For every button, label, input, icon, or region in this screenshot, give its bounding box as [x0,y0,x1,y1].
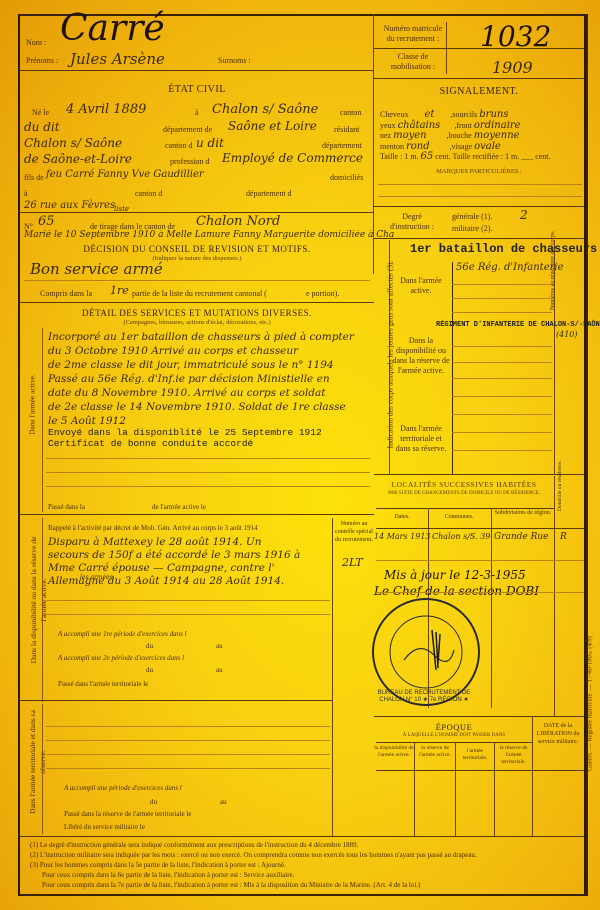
signalement-title: SIGNALEMENT. [374,86,584,97]
footnote-3: (3) Pour les hommes compris dans la 5e p… [30,860,580,870]
instruction-generale-value: 2 [520,208,528,222]
canton-d2-label: canton d [135,189,162,198]
localites-title: LOCALITÉS SUCCESSIVES HABITÉES [374,480,554,489]
footnote-1: (1) Le degré d'instruction générale sera… [30,840,580,850]
territoriale-label: Dans l'armée territoriale et dans sa rés… [392,424,450,454]
residence-value: Chalon s/ Saône [24,136,122,150]
epoque-col-reserve-active: la réserve de l'armée active. [415,745,455,759]
passe-territoriale-label: Passé dans l'armée territoriale le [58,680,148,688]
canton-label: canton [340,108,361,117]
partie-value: 1re [110,284,129,297]
active-value: 56e Rég. d'Infanterie [456,262,564,273]
date-liberation-label: DATE de la LIBÉRATION du service militai… [534,722,582,746]
prenoms-label: Prénoms : [26,56,58,65]
passe-label: Passé dans la [48,503,85,511]
a2-label: à [24,189,28,198]
marques-label: MARQUES PARTICULIÈRES : [374,168,584,175]
periode1-du: du [146,642,153,650]
services-side-label: Dans l'armée active. [28,345,37,465]
localites-col-communes: Communes. [430,514,488,520]
epoque-subtitle: À LAQUELLE L'HOMME DOIT PASSER DANS [374,733,534,738]
matricule-label: Numéro matricule du recrutement : [382,24,444,44]
periode2-du: du [146,666,153,674]
insertion-note: les armées [80,574,113,581]
birth-place: Chalon s/ Saône [212,102,318,117]
localite-subdivision: Grande Rue [494,532,549,542]
a-label: à [195,108,199,117]
classe-label: Classe de mobilisation : [382,52,444,72]
classe-value: 1909 [492,58,533,77]
domicile-residence-label: Domicile ou résidence. [557,471,563,511]
footnotes: (1) Le degré d'instruction générale sera… [30,840,580,890]
passe-suffix: de l'armée active le [152,503,206,511]
instruction-label: Degré d'instruction : [382,212,442,232]
chef-section-note: Le Chef de la section DOBI [374,584,539,598]
surname-value: Carré [60,8,165,49]
certificat-bonne-conduite: Certificat de bonne conduite accordé [48,438,253,449]
territoriale-periode: A accompli une période d'exercices dans … [64,784,182,792]
envoye-disponibilite: Envoyé dans la disponiblité le 25 Septem… [48,427,322,438]
du-dit-value: du dit [24,120,60,134]
surnoms-label: Surnoms : [218,56,251,65]
canton-d-value: u dit [196,136,224,150]
birth-date: 4 Avril 1889 [66,102,146,117]
domicilies-label: domiciliés [330,173,363,182]
dispo-stamp: RÉGIMENT D'INFANTERIE DE CHALON-S/-SAÔNE [436,321,600,329]
dispo-label: Dans la disponibilité ou dans la réserve… [392,336,450,376]
localite-type: R [560,532,567,542]
mariage-value: Marié le 10 Septembre 1910 à Melle Lamur… [24,230,394,240]
tirage-correction: liste [114,205,129,213]
document-page: Nom : Carré Prénoms : Jules Arsène Surno… [0,0,600,910]
footnote-2: (2) L'instruction militaire sera indiqué… [30,850,580,860]
territoriale-au: au [220,798,227,806]
prenoms-value: Jules Arsène [70,50,165,68]
canton-d-label: canton d [165,141,192,150]
adresse-value: 26 rue aux Fèvres [24,200,115,211]
departement-value: Saône et Loire [228,119,317,133]
footnote-4: Pour ceux compris dans la 6e partie de l… [30,870,580,880]
epoque-col-disponibilite: la disponibilité de l'armée active. [374,745,414,759]
stamp-text: BUREAU DE RECRUTEMENT DE CHALON N° 10 ★ … [374,690,474,703]
services-subtitle: (Campagnes, blessures, actions d'éclat, … [20,319,374,326]
departement2-value: de Saône-et-Loire [24,152,132,166]
decision-value: Bon service armé [30,260,163,278]
services-title: DÉTAIL DES SERVICES ET MUTATIONS DIVERSE… [20,308,374,318]
profession-label: profession d [170,157,209,166]
signalement-block: Cheveux et ,sourcils bruns yeux châtains… [380,110,580,163]
epoque-col-territoriale: l'armée territoriale. [456,748,494,762]
periode2-label: A accompli une 2e période d'exercices da… [58,654,184,662]
territoriale-side-label: Dans l'armée territoriale et dans sa rés… [28,702,48,822]
registre-margin-note: Guerre. — Registre matricule. — 17-80-19… [587,604,594,804]
localite-date: 14 Mars 1913 [374,532,431,541]
epoque-col-reserve-territoriale: la réserve de l'armée territoriale. [495,745,532,766]
epoque-title: ÉPOQUE [374,722,534,732]
residant-label: résidant [334,125,359,134]
corps-header-stamp: 1er bataillon de chasseurs à pied [410,242,600,256]
passe-reserve-territoriale: Passé dans la réserve de l'armée territo… [64,810,191,818]
services-lines: Incorporé au 1er bataillon de chasseurs … [48,330,372,428]
decision-title: DÉCISION DU CONSEIL DE REVISION ET MOTIF… [20,244,374,254]
localites-subtitle: PAR SUITE DE CHANGEMENTS DE DOMICILE OU … [374,491,554,496]
parents-value: feu Carré Fanny Vve Gaudillier [46,169,204,180]
dispo-number: (410) [556,330,578,339]
libere-label: Libéré du service militaire le [64,823,145,831]
localite-commune: Chalon s/S. 39 [432,532,490,541]
periode2-au: au [216,666,223,674]
periode1-au: au [216,642,223,650]
mis-a-jour-note: Mis à jour le 12-3-1955 [384,568,526,582]
footnote-5: Pour ceux compris dans la 7e partie de l… [30,880,580,890]
departement-d-label: département d [246,189,292,198]
compris-suffix: partie de la liste du recrutement canton… [132,289,267,298]
numero-controle-label: Numéro au contrôle spécial du recrutemen… [334,520,374,544]
rappel-line: Rappelé à l'activité par décret de Mob. … [48,524,258,532]
periode1-label: A accompli une 1re période d'exercices d… [58,630,187,638]
etat-civil-title: ÉTAT CIVIL [20,84,374,95]
portion-suffix: e portion). [306,289,339,298]
localites-col-dates: Dates. [376,514,428,520]
territoriale-du: du [150,798,157,806]
numero-controle-value: 2LT [342,556,363,569]
numero-tirage-value: 65 [38,214,55,229]
instruction-militaire-label: militaire (2). [452,224,492,233]
canton-tirage-value: Chalon Nord [196,214,280,229]
localites-col-subdivisions: Subdivisions de région. [493,510,553,517]
nom-label: Nom : [26,38,46,47]
ne-le-label: Né le [32,108,49,117]
profession-value: Employé de Commerce [222,151,363,165]
departement2-label: département [322,141,362,150]
fils-label: fils de [24,173,44,182]
departement-label: département de [163,125,212,134]
repertoire-label: Numéros au répertoire des corps. [550,240,556,310]
instruction-generale-label: générale (1). [452,212,492,221]
active-label: Dans l'armée active. [392,276,450,296]
stamp-emblem-icon [374,600,478,704]
compris-label: Compris dans la [40,289,92,298]
